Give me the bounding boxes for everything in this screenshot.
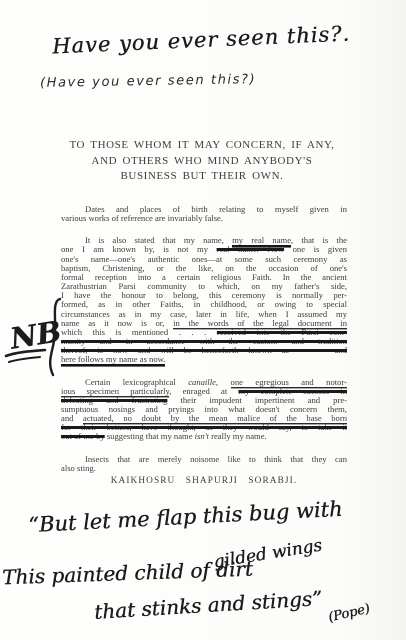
text-run: various works of reference are invariabl…	[61, 213, 223, 223]
handwritten-clarification-note: (Have you ever seen this?)	[40, 72, 256, 91]
handwritten-quote-line-4: that stinks and stings”	[93, 586, 322, 624]
handwritten-top-scrawl: Have you ever seen this?.	[52, 22, 351, 59]
margin-pen-marks	[0, 296, 70, 380]
body-line: out of me by suggesting that my name isn…	[61, 432, 347, 441]
text-run: Insects that are merely noisome like to …	[85, 454, 347, 464]
body-line: various works of reference are invariabl…	[61, 214, 347, 223]
paragraph: Insects that are merely noisome like to …	[61, 455, 347, 473]
heading-line-1: TO THOSE WHOM IT MAY CONCERN, IF ANY,	[56, 138, 348, 154]
pen-marked-text: isn't	[195, 431, 209, 441]
nb-underline-mark-2	[9, 357, 40, 362]
handwritten-quote-attribution: (Pope)	[327, 601, 372, 625]
body-line: here follows my name as now.	[61, 355, 347, 364]
nb-underline-mark	[6, 350, 45, 356]
text-run: really my name.	[209, 431, 267, 441]
body-line: Insects that are merely noisome like to …	[61, 455, 347, 464]
pen-marked-text: out of me by	[61, 431, 105, 441]
body-line: also sting.	[61, 464, 347, 473]
margin-bracket-mark	[50, 299, 60, 375]
heading-line-3: BUSINESS BUT THEIR OWN.	[56, 169, 348, 185]
paragraph: Dates and places of birth relating to my…	[61, 205, 347, 223]
handwritten-quote-line-3: This painted child of dirt	[2, 557, 254, 590]
heading-line-2: AND OTHERS WHO MIND ANYBODY'S	[56, 154, 348, 170]
body-text: Dates and places of birth relating to my…	[61, 205, 347, 486]
text-run: also sting.	[61, 463, 96, 473]
author-name: KAIKHOSRU SHAPURJI SORABJI.	[61, 476, 347, 486]
letter-heading: TO THOSE WHOM IT MAY CONCERN, IF ANY, AN…	[56, 138, 348, 185]
pen-marked-text: here follows my name as now.	[61, 354, 165, 364]
scanned-letter-page: Have you ever seen this?. (Have you ever…	[0, 0, 406, 640]
paragraph: It is also stated that my name, my real …	[61, 236, 347, 364]
paragraph: Certain lexicographical canaille, one eg…	[61, 378, 347, 442]
text-run: suggesting that my name	[105, 431, 195, 441]
handwritten-quote-line-1: “But let me flap this bug with	[28, 497, 343, 537]
